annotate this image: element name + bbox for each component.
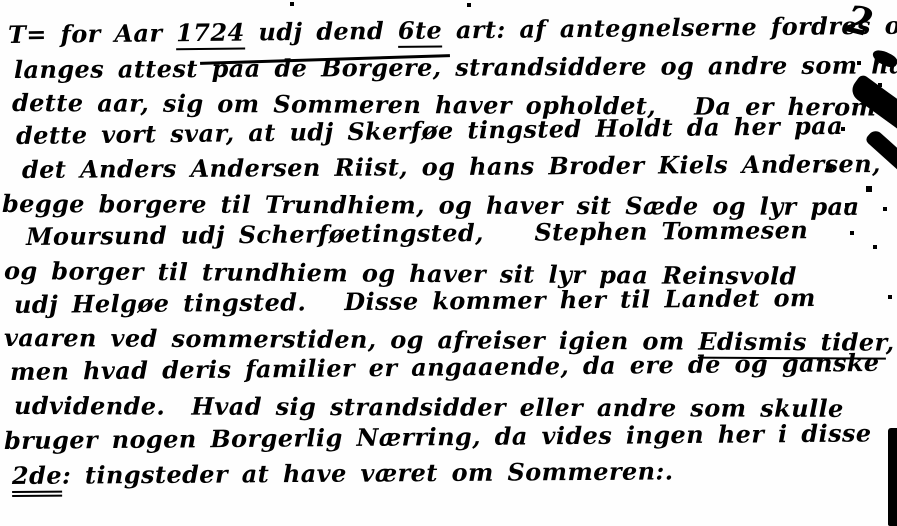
scan-edge-artifact [888,428,897,526]
manuscript-line: det Anders Andersen Riist, og hans Brode… [22,149,881,185]
line-text: langes attest paa de Borgere, strandsidd… [14,50,897,84]
manuscript-line: bruger nogen Borgerlig Nærring, da vides… [4,418,872,456]
line-text: , [886,328,895,357]
manuscript-line: T= for Aar 1724 udj dend 6te art: af ant… [8,10,897,50]
manuscript-line: langes attest paa de Borgere, strandsidd… [14,50,897,85]
scan-speckles [0,0,2,2]
underlined-text: 6te [398,15,443,47]
manuscript-line: Moursund udj Scherføetingsted, Stephen T… [26,215,808,252]
manuscript-line: men hvad deris familier er angaaende, da… [10,348,880,387]
underlined-text: 2de [12,461,62,497]
line-text: Moursund udj Scherføetingsted, Stephen T… [26,215,808,251]
manuscript-page: 2 T= for Aar 1724 udj dend 6te art: af a… [0,0,897,526]
line-text: udvidende. Hvad sig strandsidder eller a… [14,391,844,423]
line-text: T= for Aar [8,18,177,49]
line-text: udj dend [244,16,398,47]
manuscript-line: 2de: tingsteder at have været om Sommere… [12,456,674,491]
line-text: : tingsteder at have været om Sommeren:. [62,456,674,489]
line-text: det Anders Andersen Riist, og hans Brode… [22,149,881,184]
line-text: bruger nogen Borgerlig Nærring, da vides… [4,418,872,455]
line-text: art: af antegnelserne fordres og for [442,10,897,45]
underlined-text: 1724 [176,18,245,51]
line-text: udj Helgøe tingsted. Disse kommer her ti… [14,283,816,319]
manuscript-line: udj Helgøe tingsted. Disse kommer her ti… [14,283,816,320]
